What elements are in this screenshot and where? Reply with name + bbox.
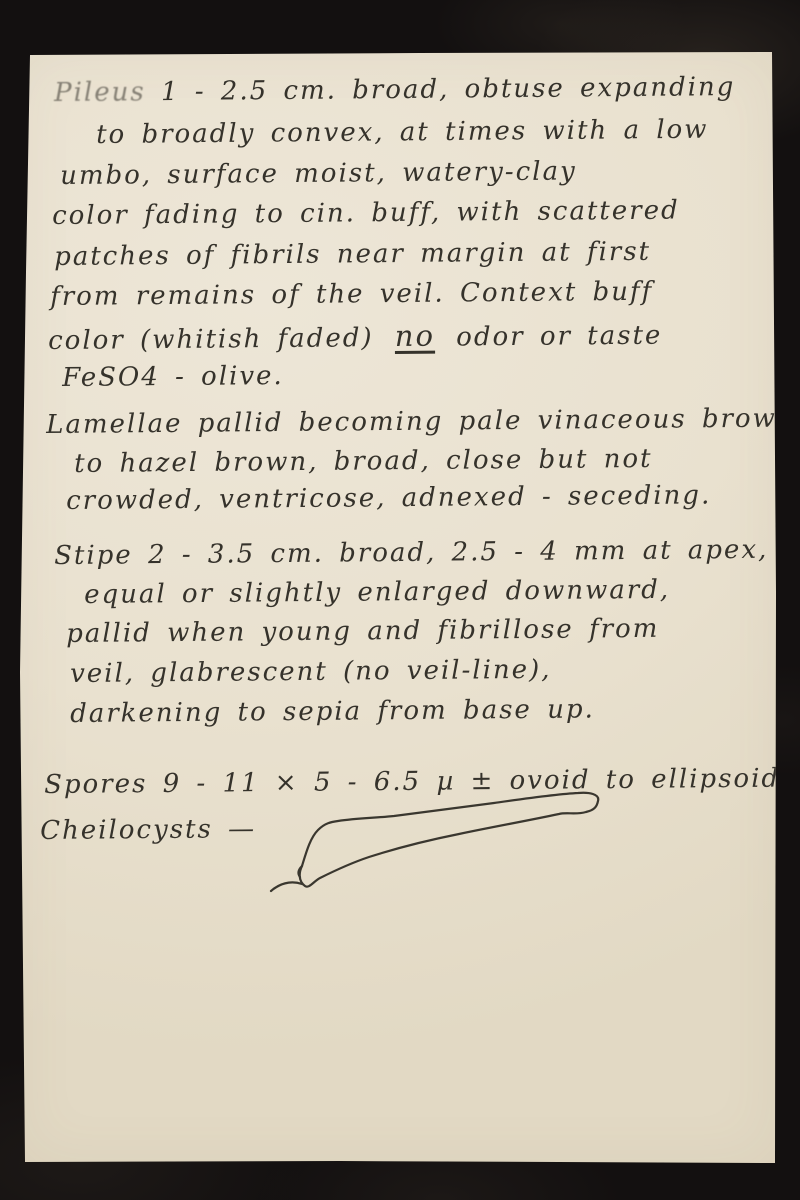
lamellae-line-1: Lamellae pallid becoming pale vinaceous … [46,403,796,440]
no-underlined-word: no [389,319,441,353]
pileus-line-1: Pileus 1 - 2.5 cm. broad, obtuse expandi… [54,72,736,108]
pileus-line-4: color fading to cin. buff, with scattere… [52,196,680,231]
pileus-line-8: FeSO4 - olive. [62,361,284,393]
pileus-line-5: patches of fibrils near margin at first [54,237,651,272]
pileus-line-3: umbo, surface moist, watery-clay [60,156,577,191]
pileus-word-faded: Pileus [54,77,146,108]
lamellae-line-3: crowded, ventricose, adnexed - seceding. [66,480,711,516]
pileus-line-7: color (whitish faded) no odor or taste [48,317,662,356]
stipe-line-1: Stipe 2 - 3.5 cm. broad, 2.5 - 4 mm at a… [54,535,768,571]
pileus-line-1-rest: 1 - 2.5 cm. broad, obtuse expanding [161,72,736,107]
pileus-line-2: to broadly convex, at times with a low [96,115,709,150]
pileus-line-7-post: odor or taste [456,321,662,353]
stipe-line-4: veil, glabrescent (no veil-line), [70,655,552,689]
pileus-line-6: from remains of the veil. Context buff [50,277,653,312]
stipe-line-5: darkening to sepia from base up. [70,694,595,729]
lamellae-line-2: to hazel brown, broad, close but not [74,444,653,479]
cheilocysts-line: Cheilocysts — [40,814,256,846]
pileus-line-7-pre: color (whitish faded) [48,323,374,356]
note-card: Pileus 1 - 2.5 cm. broad, obtuse expandi… [20,52,776,1163]
stipe-line-3: pallid when young and fibrillose from [66,614,660,649]
cheilocystidium-sketch-icon [265,785,625,917]
stipe-line-2: equal or slightly enlarged downward, [84,575,670,610]
